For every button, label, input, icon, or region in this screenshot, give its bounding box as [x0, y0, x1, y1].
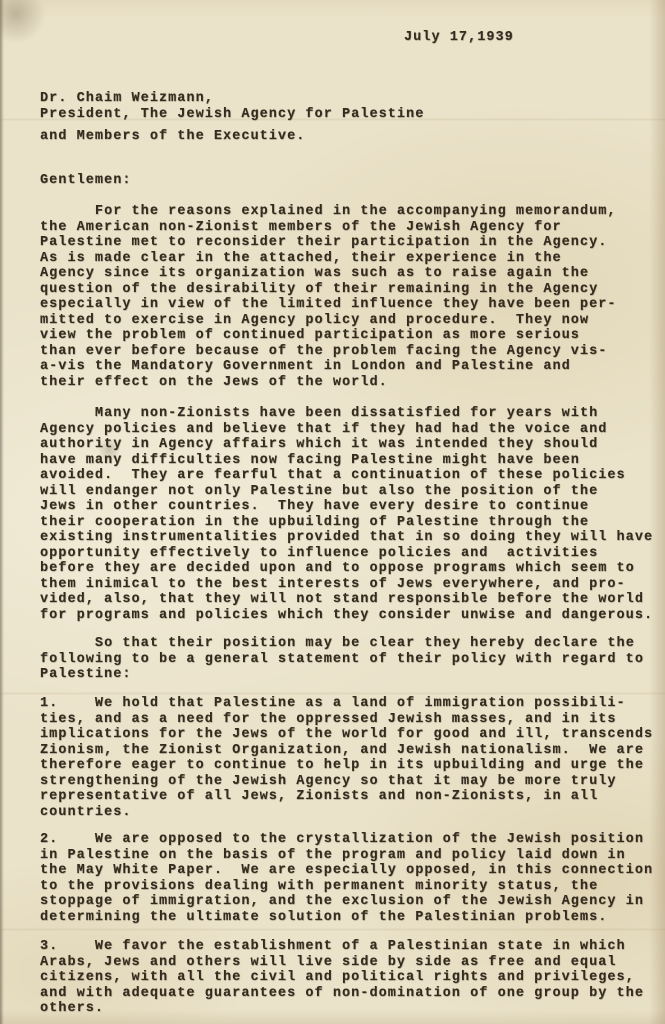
- salutation: Gentlemen:: [40, 173, 132, 189]
- recipient-members-line: and Members of the Executive.: [40, 129, 305, 145]
- recipient-name-title: Dr. Chaim Weizmann, President, The Jewis…: [40, 91, 424, 122]
- paper-crease: [0, 692, 665, 695]
- paper-stain: [0, 0, 46, 44]
- numbered-item-2: 2. We are opposed to the crystallization…: [40, 832, 660, 925]
- scanned-letter-page: July 17,1939 Dr. Chaim Weizmann, Preside…: [0, 0, 665, 1024]
- letter-date: July 17,1939: [404, 30, 514, 46]
- paragraph-policy-declaration: So that their position may be clear they…: [40, 636, 660, 683]
- paragraph-introduction: For the reasons explained in the accompa…: [40, 204, 660, 390]
- paragraph-dissatisfaction: Many non-Zionists have been dissatisfied…: [40, 406, 660, 623]
- numbered-item-1: 1. We hold that Palestine as a land of i…: [40, 696, 660, 820]
- paper-crease: [0, 928, 665, 931]
- numbered-item-3: 3. We favor the establishment of a Pales…: [40, 939, 660, 1017]
